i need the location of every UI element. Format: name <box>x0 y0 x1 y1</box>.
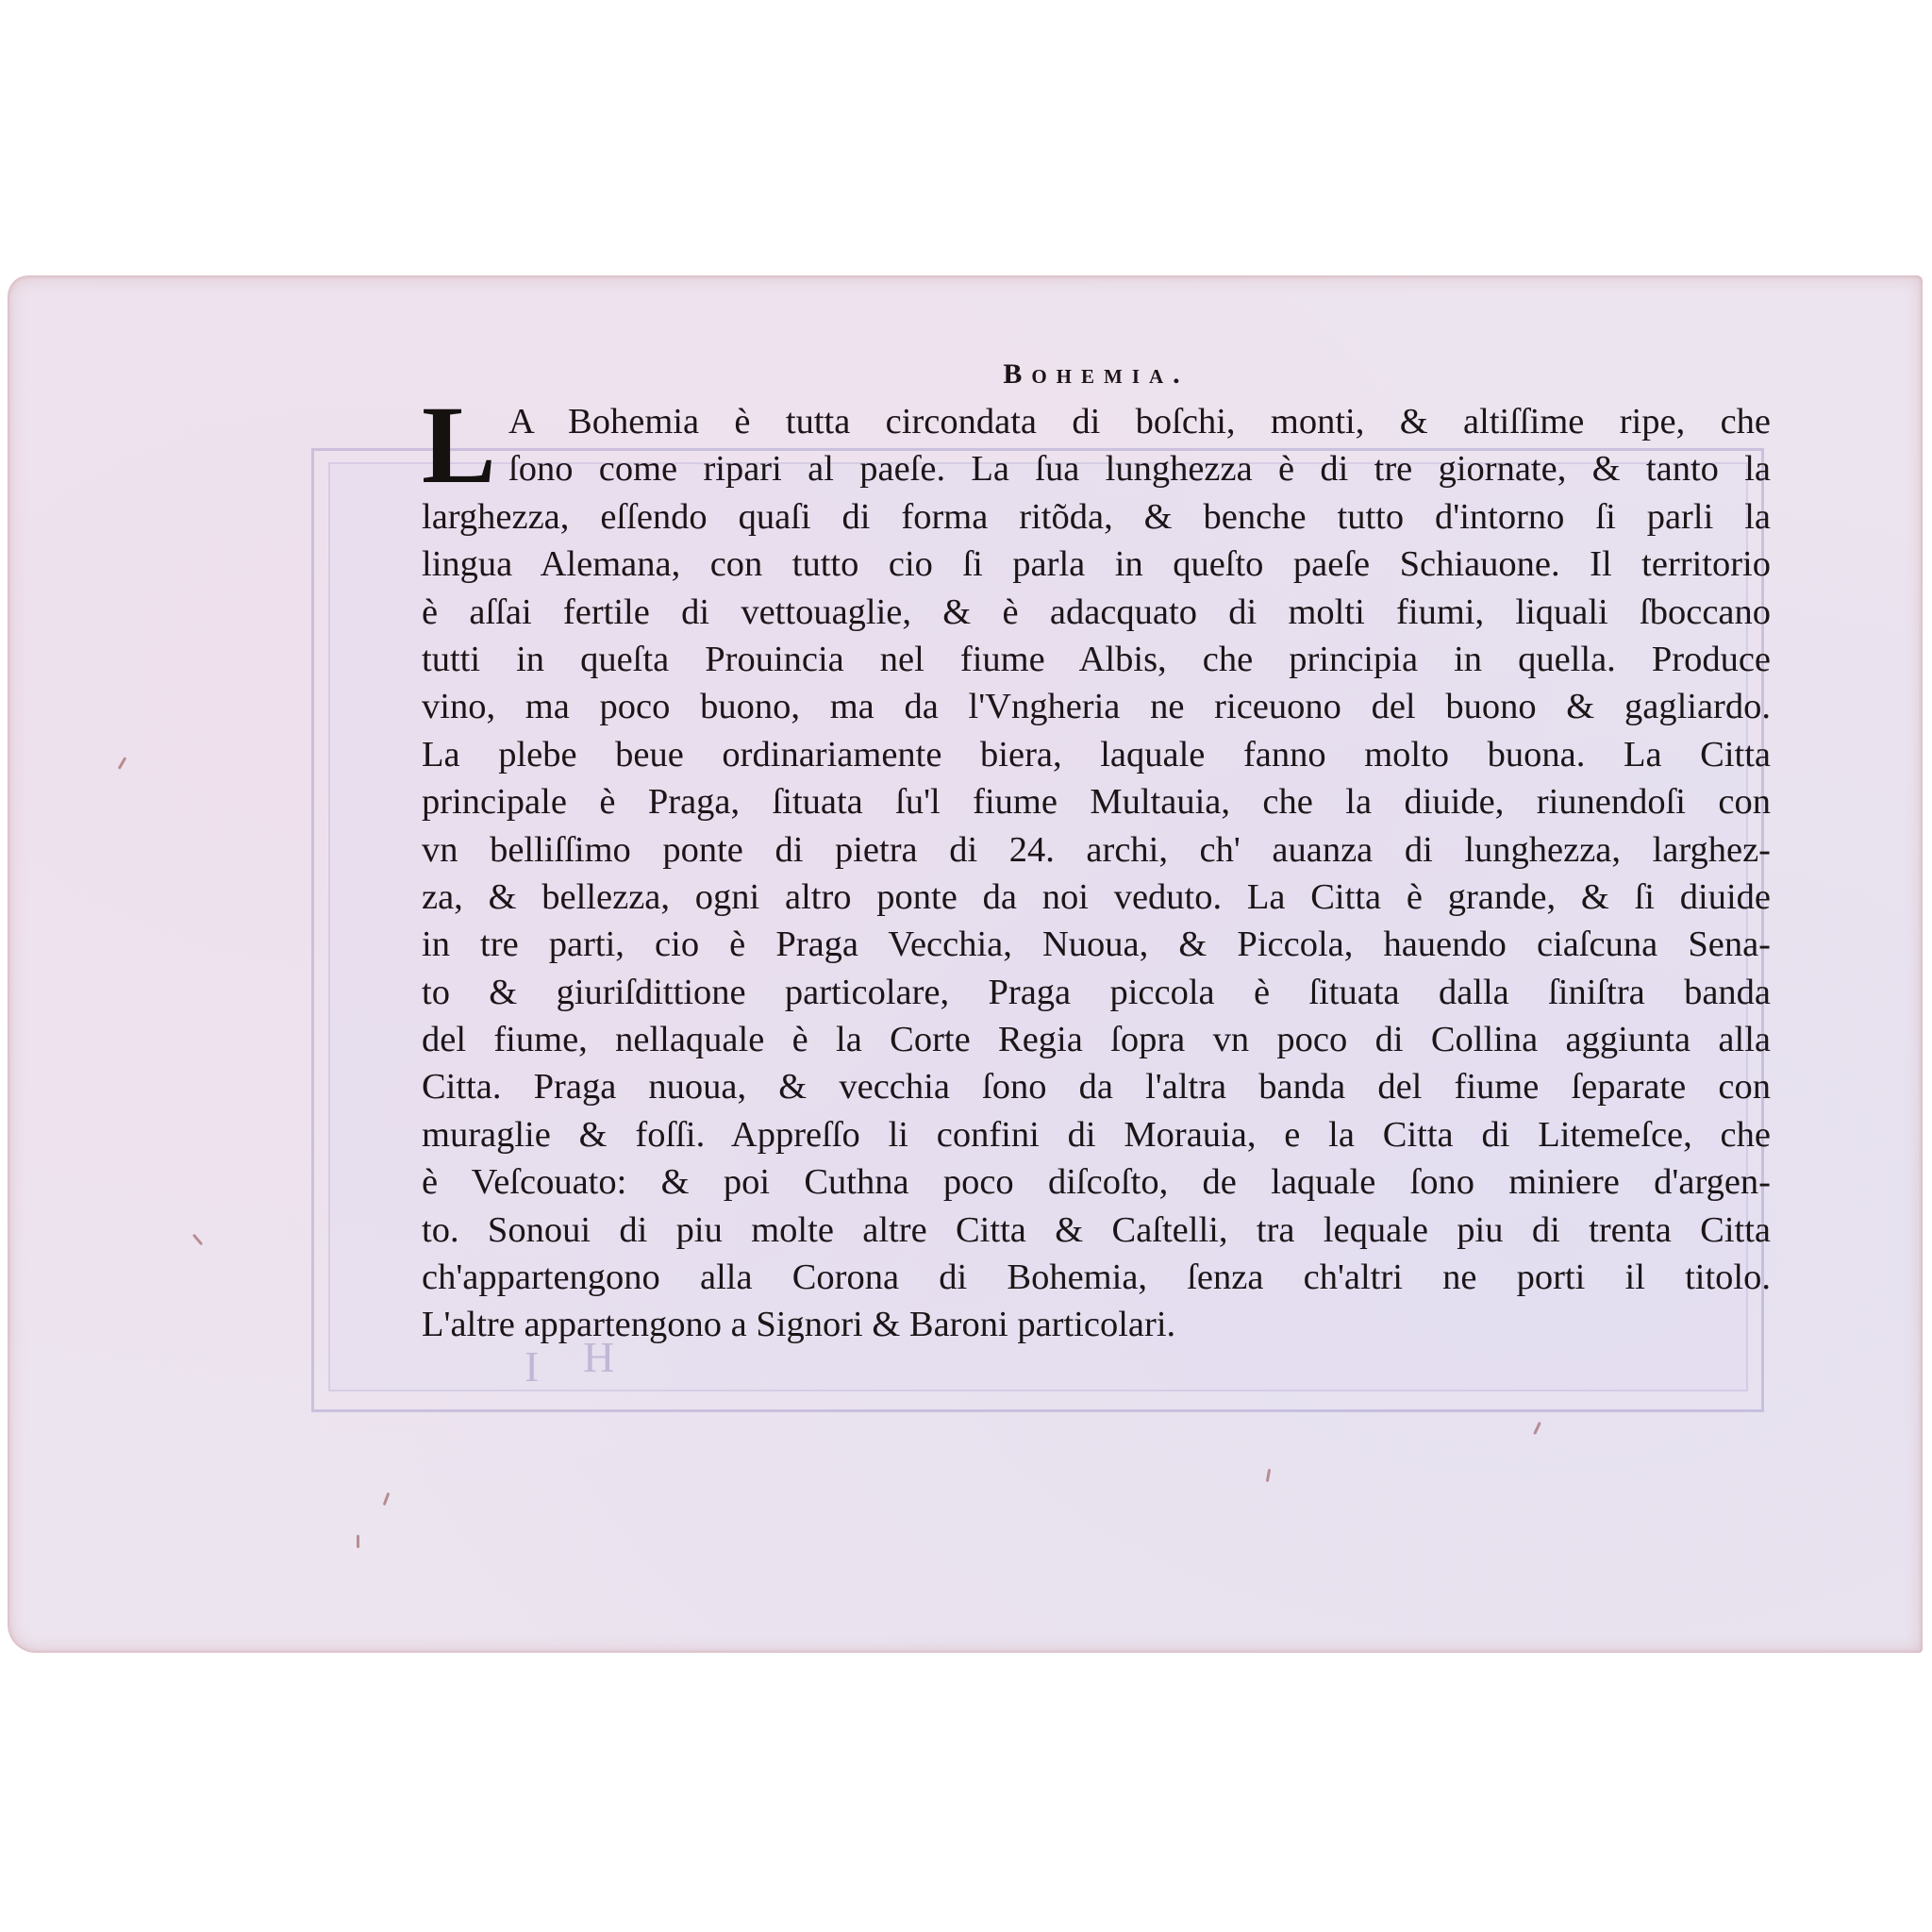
document-text: Bohemia. L A Bohemia è tutta circondata … <box>422 351 1771 1349</box>
text-line: L'altre appartengono a Signori & Baroni … <box>422 1301 1771 1348</box>
paper-speck <box>357 1535 359 1548</box>
text-line: del fiume, nellaquale è la Corte Regia ſ… <box>422 1016 1771 1063</box>
text-line: za, & bellezza, ogni altro ponte da noi … <box>422 874 1771 921</box>
text-line: La plebe beue ordinariamente biera, laqu… <box>422 731 1771 778</box>
text-line: ſono come ripari al paeſe. La ſua lunghe… <box>422 445 1771 492</box>
showthrough-mark: I <box>525 1341 539 1391</box>
paper-speck <box>192 1234 203 1246</box>
text-line: tutti in queſta Prouincia nel fiume Albi… <box>422 636 1771 683</box>
text-line: vino, ma poco buono, ma da l'Vngheria ne… <box>422 683 1771 730</box>
text-line: è Veſcouato: & poi Cuthna poco diſcoſto,… <box>422 1158 1771 1206</box>
text-line: to. Sonoui di piu molte altre Citta & Ca… <box>422 1207 1771 1254</box>
text-line: to & giuriſdittione particolare, Praga p… <box>422 969 1771 1016</box>
text-line: A Bohemia è tutta circondata di boſchi, … <box>422 398 1771 445</box>
text-line: vn belliſſimo ponte di pietra di 24. arc… <box>422 826 1771 874</box>
paper-speck <box>383 1492 391 1506</box>
text-line: ch'appartengono alla Corona di Bohemia, … <box>422 1254 1771 1301</box>
text-line: muraglie & foſſi. Appreſſo li confini di… <box>422 1111 1771 1158</box>
text-line: larghezza, eſſendo quaſi di forma ritõda… <box>422 493 1771 541</box>
paper-speck <box>1533 1422 1541 1435</box>
text-line: Citta. Praga nuoua, & vecchia ſono da l'… <box>422 1063 1771 1110</box>
page-title: Bohemia. <box>422 351 1771 398</box>
text-line: in tre parti, cio è Praga Vecchia, Nuoua… <box>422 921 1771 968</box>
drop-cap: L <box>422 400 496 491</box>
body-paragraph: L A Bohemia è tutta circondata di boſchi… <box>422 398 1771 1349</box>
text-line: è aſſai fertile di vettouaglie, & è adac… <box>422 589 1771 636</box>
text-line: principale è Praga, ſituata ſu'l fiume M… <box>422 778 1771 825</box>
paper-speck <box>118 757 127 770</box>
paper-speck <box>1266 1469 1271 1482</box>
text-line: lingua Alemana, con tutto cio ſi parla i… <box>422 541 1771 588</box>
